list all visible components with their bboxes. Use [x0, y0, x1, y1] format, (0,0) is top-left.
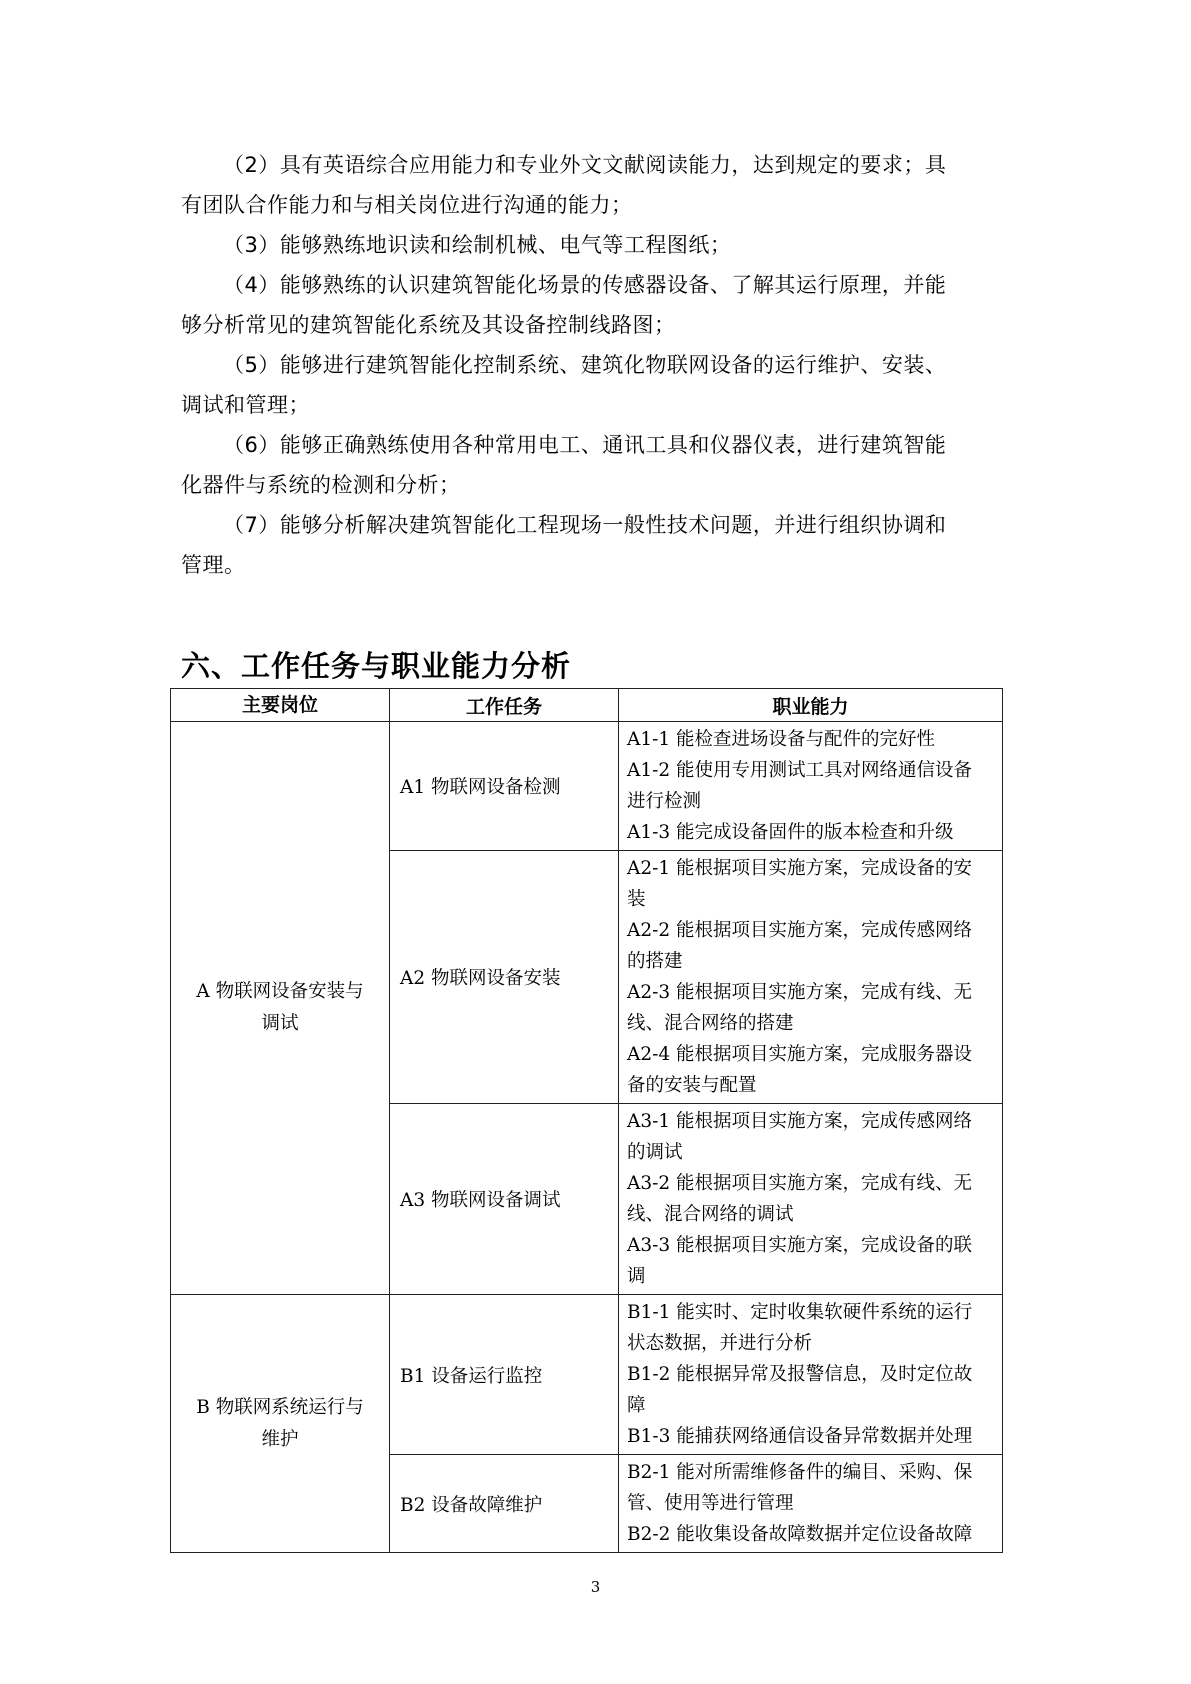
- task-cell: B1 设备运行监控: [390, 1295, 619, 1455]
- paragraph-p6: （6）能够正确熟练使用各种常用电工、通讯工具和仪器仪表，进行建筑智能化器件与系统…: [181, 425, 1011, 505]
- paragraph-line: 化器件与系统的检测和分析；: [181, 465, 1011, 505]
- ability-line: 障: [627, 1390, 996, 1421]
- position-cell: B 物联网系统运行与维护: [171, 1295, 390, 1553]
- ability-line: A3-3 能根据项目实施方案，完成设备的联: [627, 1230, 996, 1261]
- position-line: B 物联网系统运行与: [177, 1392, 383, 1424]
- ability-line: B2-2 能收集设备故障数据并定位设备故障: [627, 1519, 996, 1550]
- position-line: A 物联网设备安装与: [177, 976, 383, 1008]
- task-cell: A1 物联网设备检测: [390, 722, 619, 851]
- paragraph-p7: （7）能够分析解决建筑智能化工程现场一般性技术问题，并进行组织协调和管理。: [181, 505, 1011, 585]
- paragraph-line: （6）能够正确熟练使用各种常用电工、通讯工具和仪器仪表，进行建筑智能: [181, 425, 1011, 465]
- ability-line: A2-4 能根据项目实施方案，完成服务器设: [627, 1039, 996, 1070]
- ability-cell: A1-1 能检查进场设备与配件的完好性A1-2 能使用专用测试工具对网络通信设备…: [619, 722, 1003, 851]
- paragraph-p4: （4）能够熟练的认识建筑智能化场景的传感器设备、了解其运行原理，并能够分析常见的…: [181, 265, 1011, 345]
- ability-cell: A3-1 能根据项目实施方案，完成传感网络的调试A3-2 能根据项目实施方案，完…: [619, 1104, 1003, 1295]
- ability-line: A3-1 能根据项目实施方案，完成传感网络: [627, 1106, 996, 1137]
- ability-line: 进行检测: [627, 786, 996, 817]
- paragraph-line: （2）具有英语综合应用能力和专业外文文献阅读能力，达到规定的要求；具: [181, 145, 1011, 185]
- task-cell: A3 物联网设备调试: [390, 1104, 619, 1295]
- ability-cell: A2-1 能根据项目实施方案，完成设备的安装A2-2 能根据项目实施方案，完成传…: [619, 851, 1003, 1104]
- ability-line: A2-2 能根据项目实施方案，完成传感网络: [627, 915, 996, 946]
- paragraph-line: （5）能够进行建筑智能化控制系统、建筑化物联网设备的运行维护、安装、: [181, 345, 1011, 385]
- page-number: 3: [0, 1578, 1191, 1596]
- ability-line: 管、使用等进行管理: [627, 1488, 996, 1519]
- ability-line: B2-1 能对所需维修备件的编目、采购、保: [627, 1457, 996, 1488]
- ability-line: 线、混合网络的调试: [627, 1199, 996, 1230]
- ability-line: 调: [627, 1261, 996, 1292]
- paragraph-p3: （3）能够熟练地识读和绘制机械、电气等工程图纸；: [181, 225, 1011, 265]
- table-header-row: 主要岗位 工作任务 职业能力: [171, 689, 1003, 722]
- table-row: A 物联网设备安装与调试A1 物联网设备检测A1-1 能检查进场设备与配件的完好…: [171, 722, 1003, 851]
- position-line: 调试: [177, 1008, 383, 1040]
- ability-cell: B2-1 能对所需维修备件的编目、采购、保管、使用等进行管理B2-2 能收集设备…: [619, 1455, 1003, 1553]
- ability-line: B1-3 能捕获网络通信设备异常数据并处理: [627, 1421, 996, 1452]
- ability-line: A1-2 能使用专用测试工具对网络通信设备: [627, 755, 996, 786]
- position-line: 维护: [177, 1424, 383, 1456]
- ability-line: 备的安装与配置: [627, 1070, 996, 1101]
- task-cell: B2 设备故障维护: [390, 1455, 619, 1553]
- paragraph-line: （7）能够分析解决建筑智能化工程现场一般性技术问题，并进行组织协调和: [181, 505, 1011, 545]
- paragraph-line: 调试和管理；: [181, 385, 1011, 425]
- ability-cell: B1-1 能实时、定时收集软硬件系统的运行状态数据，并进行分析B1-2 能根据异…: [619, 1295, 1003, 1455]
- ability-line: 装: [627, 884, 996, 915]
- ability-line: B1-1 能实时、定时收集软硬件系统的运行: [627, 1297, 996, 1328]
- position-cell: A 物联网设备安装与调试: [171, 722, 390, 1295]
- paragraph-line: 够分析常见的建筑智能化系统及其设备控制线路图；: [181, 305, 1011, 345]
- ability-line: 状态数据，并进行分析: [627, 1328, 996, 1359]
- paragraph-p2: （2）具有英语综合应用能力和专业外文文献阅读能力，达到规定的要求；具有团队合作能…: [181, 145, 1011, 225]
- ability-line: A3-2 能根据项目实施方案，完成有线、无: [627, 1168, 996, 1199]
- ability-line: B1-2 能根据异常及报警信息，及时定位故: [627, 1359, 996, 1390]
- ability-line: A2-1 能根据项目实施方案，完成设备的安: [627, 853, 996, 884]
- ability-line: 线、混合网络的搭建: [627, 1008, 996, 1039]
- document-page: （2）具有英语综合应用能力和专业外文文献阅读能力，达到规定的要求；具有团队合作能…: [0, 0, 1191, 1684]
- header-task: 工作任务: [390, 689, 619, 722]
- header-position: 主要岗位: [171, 689, 390, 722]
- table-row: B 物联网系统运行与维护B1 设备运行监控B1-1 能实时、定时收集软硬件系统的…: [171, 1295, 1003, 1455]
- paragraph-line: （3）能够熟练地识读和绘制机械、电气等工程图纸；: [181, 225, 1011, 265]
- task-cell: A2 物联网设备安装: [390, 851, 619, 1104]
- paragraph-line: （4）能够熟练的认识建筑智能化场景的传感器设备、了解其运行原理，并能: [181, 265, 1011, 305]
- paragraph-p5: （5）能够进行建筑智能化控制系统、建筑化物联网设备的运行维护、安装、调试和管理；: [181, 345, 1011, 425]
- header-ability: 职业能力: [619, 689, 1003, 722]
- paragraph-line: 有团队合作能力和与相关岗位进行沟通的能力；: [181, 185, 1011, 225]
- task-ability-table: 主要岗位 工作任务 职业能力 A 物联网设备安装与调试A1 物联网设备检测A1-…: [170, 688, 1003, 1553]
- ability-line: A1-3 能完成设备固件的版本检查和升级: [627, 817, 996, 848]
- ability-line: A2-3 能根据项目实施方案，完成有线、无: [627, 977, 996, 1008]
- paragraph-line: 管理。: [181, 545, 1011, 585]
- ability-line: A1-1 能检查进场设备与配件的完好性: [627, 724, 996, 755]
- section-heading: 六、工作任务与职业能力分析: [181, 644, 571, 685]
- ability-line: 的搭建: [627, 946, 996, 977]
- ability-line: 的调试: [627, 1137, 996, 1168]
